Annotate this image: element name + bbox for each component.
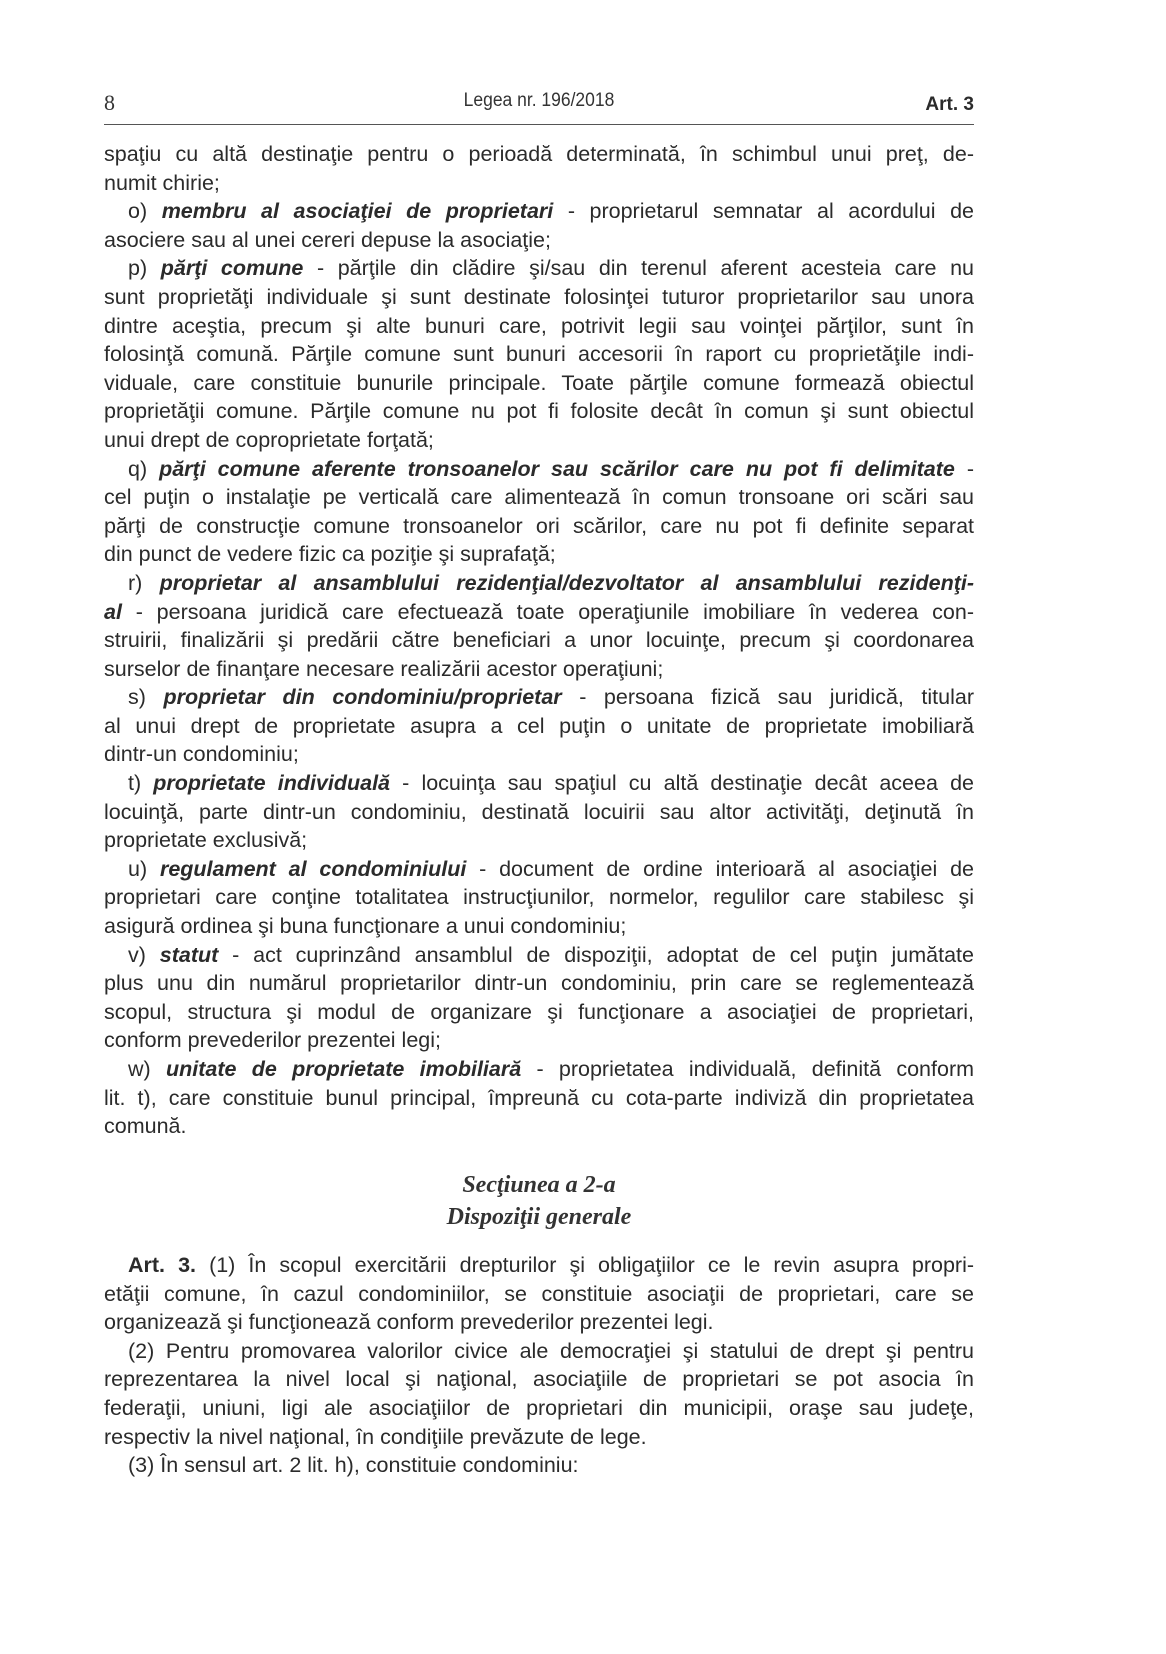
- definition-r: r) proprietar al ansamblului rezidenţial…: [104, 569, 974, 598]
- text-line: numit chirie;: [104, 169, 974, 198]
- text-line: comună.: [104, 1112, 974, 1141]
- defined-term: unitate de proprietate imobiliară: [166, 1057, 521, 1081]
- text-line: plus unu din numărul proprietarilor dint…: [104, 969, 974, 998]
- defined-term: proprietate individuală: [153, 771, 390, 795]
- text-line: etăţii comune, în cazul condominiilor, s…: [104, 1280, 974, 1309]
- definition-v: v) statut - act cuprinzând ansamblul de …: [104, 941, 974, 970]
- text-line: proprietari care conţine totalitatea ins…: [104, 883, 974, 912]
- article-3-paragraph-2: (2) Pentru promovarea valorilor civice a…: [104, 1337, 974, 1366]
- article-label: Art. 3.: [128, 1253, 196, 1277]
- text-line: al - persoana juridică care efectuează t…: [104, 598, 974, 627]
- defined-term: regulament al condominiului: [160, 857, 466, 881]
- defined-term: statut: [160, 943, 219, 967]
- defined-term: proprietar din condominiu/proprietar: [163, 685, 561, 709]
- text-line: respectiv la nivel naţional, în condiţii…: [104, 1423, 974, 1452]
- text-line: asigură ordinea şi buna funcţionare a un…: [104, 912, 974, 941]
- definition-t: t) proprietate individuală - locuinţa sa…: [104, 769, 974, 798]
- definition-s: s) proprietar din condominiu/proprietar …: [104, 683, 974, 712]
- definition-q: q) părţi comune aferente tronsoanelor sa…: [104, 455, 974, 484]
- text-line: părţi de construcţie comune tronsoanelor…: [104, 512, 974, 541]
- section-title: Dispoziţii generale: [104, 1204, 974, 1231]
- text-line: asociere sau al unei cereri depuse la as…: [104, 226, 974, 255]
- section-number: Secţiunea a 2-a: [104, 1172, 974, 1199]
- text-line: viduale, care constituie bunurile princi…: [104, 369, 974, 398]
- article-3-paragraph-1: Art. 3. (1) În scopul exercitării dreptu…: [104, 1251, 974, 1280]
- definition-p: p) părţi comune - părţile din clădire şi…: [104, 254, 974, 283]
- defined-term: al: [104, 600, 122, 624]
- definition-u: u) regulament al condominiului - documen…: [104, 855, 974, 884]
- text-line: sunt proprietăţi individuale şi sunt des…: [104, 283, 974, 312]
- running-title: Legea nr. 196/2018: [139, 90, 939, 112]
- page-header: 8 Legea nr. 196/2018 Art. 3: [104, 88, 974, 124]
- text-line: federaţii, uniuni, ligi ale asociaţiilor…: [104, 1394, 974, 1423]
- text-line: organizează şi funcţionează conform prev…: [104, 1308, 974, 1337]
- text-line: surselor de finanţare necesare realizări…: [104, 655, 974, 684]
- text-line: proprietăţii comune. Părţile comune nu p…: [104, 397, 974, 426]
- text-line: dintr-un condominiu;: [104, 740, 974, 769]
- text-line: unui drept de coproprietate forţată;: [104, 426, 974, 455]
- text-line: reprezentarea la nivel local şi naţional…: [104, 1365, 974, 1394]
- definitions-list: spaţiu cu altă destinaţie pentru o perio…: [104, 140, 974, 1141]
- text-line: al unui drept de proprietate asupra a ce…: [104, 712, 974, 741]
- text-line: struirii, finalizării şi predării către …: [104, 626, 974, 655]
- defined-term: membru al asociaţiei de proprietari: [162, 199, 554, 223]
- text-line: conform prevederilor prezentei legi;: [104, 1026, 974, 1055]
- article-reference: Art. 3: [925, 94, 974, 116]
- definition-o: o) membru al asociaţiei de proprietari -…: [104, 197, 974, 226]
- defined-term: părţi comune aferente tronsoanelor sau s…: [159, 457, 955, 481]
- text-line: scopul, structura şi modul de organizare…: [104, 998, 974, 1027]
- text-line: din punct de vedere fizic ca poziţie şi …: [104, 540, 974, 569]
- header-rule: [104, 124, 974, 125]
- page-number: 8: [104, 90, 115, 116]
- defined-term: părţi comune: [161, 256, 304, 280]
- article-3-paragraph-3: (3) În sensul art. 2 lit. h), constituie…: [104, 1451, 974, 1480]
- definition-w: w) unitate de proprietate imobiliară - p…: [104, 1055, 974, 1084]
- text-line: dintre aceştia, precum şi alte bunuri ca…: [104, 312, 974, 341]
- text-line: locuinţă, parte dintr-un condominiu, des…: [104, 798, 974, 827]
- text-line: spaţiu cu altă destinaţie pentru o perio…: [104, 140, 974, 169]
- text-line: cel puţin o instalaţie pe verticală care…: [104, 483, 974, 512]
- text-line: proprietate exclusivă;: [104, 826, 974, 855]
- defined-term: proprietar al ansamblului rezidenţial/de…: [160, 571, 974, 595]
- article-3: Art. 3. (1) În scopul exercitării dreptu…: [104, 1251, 974, 1480]
- text-line: folosinţă comună. Părţile comune sunt bu…: [104, 340, 974, 369]
- text-line: lit. t), care constituie bunul principal…: [104, 1084, 974, 1113]
